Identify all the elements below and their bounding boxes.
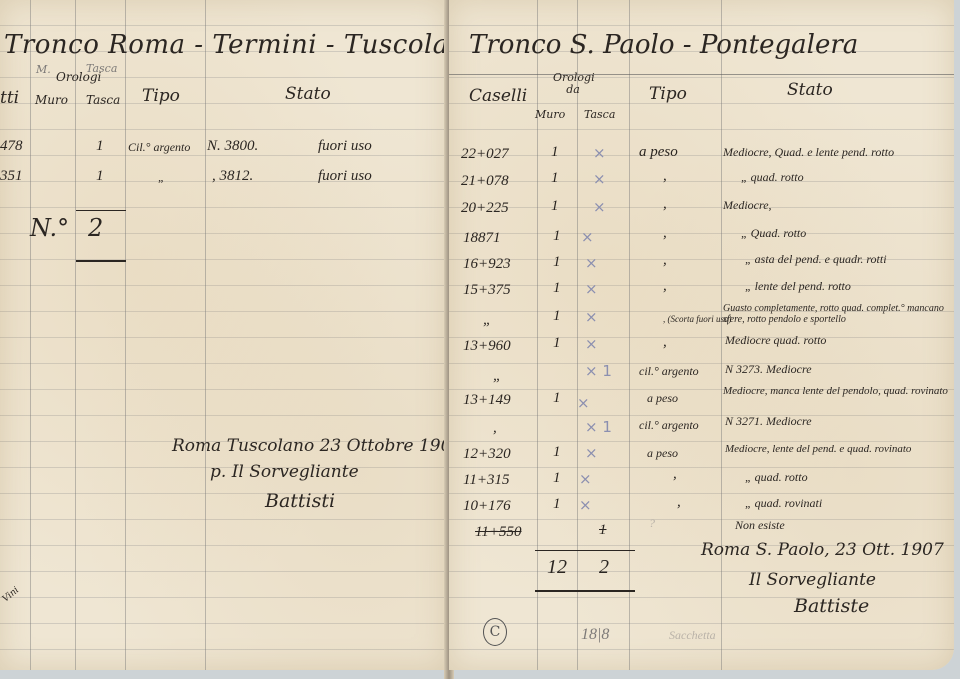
grid-line (30, 0, 31, 670)
muro-cell: 1 (553, 335, 561, 352)
total-tasca: 2 (599, 556, 609, 579)
muro-cell: 1 (553, 444, 561, 461)
orologi-header: Orologi (56, 70, 101, 84)
caselli-cell: 351 (0, 168, 23, 185)
stato-header: Stato (787, 80, 833, 100)
grid-line (721, 0, 722, 670)
grid-line (537, 0, 538, 670)
muro-cell: 1 (553, 470, 561, 487)
muro-cell: 1 (551, 170, 559, 187)
tasca-mark: × (581, 228, 594, 246)
margin-note: Vini (1, 585, 21, 604)
muro-cell: 1 (553, 390, 561, 407)
tasca-mark: × 1 (585, 362, 612, 380)
muro-cell: 1 (553, 228, 561, 245)
tasca-cell: 1 (599, 522, 607, 539)
tipo-cell: „ (158, 170, 165, 185)
number-label: N.° (30, 214, 69, 242)
caselli-cell: „ (483, 312, 491, 329)
tasca-mark: × (579, 470, 592, 488)
stato-cell: „ quad. rovinati (745, 496, 822, 511)
tasca-mark: × (585, 254, 598, 272)
caselli-cell: 20+225 (461, 200, 509, 217)
tasca-mark: × (585, 444, 598, 462)
tipo-header: Tipo (649, 84, 687, 104)
grid-line (75, 0, 76, 670)
totals-bottom-rule (535, 590, 635, 592)
tasca-mark: × (585, 280, 598, 298)
numero-cell: , 3812. (212, 168, 253, 185)
header-rule (449, 74, 954, 75)
tasca-mark: × (579, 496, 592, 514)
stato-cell: Mediocre quad. rotto (725, 333, 826, 348)
muro-note: M. (36, 63, 51, 76)
muro-header: Muro (535, 108, 565, 121)
caselli-header: Caselli (469, 86, 527, 106)
tipo-cell: cil.° argento (639, 364, 699, 379)
stato-cell: „ lente del pend. rotto (745, 279, 851, 294)
stato-cell: Mediocre, lente del pend. e quad. rovina… (725, 443, 911, 455)
tasca-header: Tasca (86, 93, 120, 107)
stato-cell: N 3271. Mediocre (725, 414, 812, 429)
stato-cell: fuori uso (318, 168, 372, 185)
tasca-mark: × (585, 335, 598, 353)
left-page: Tronco Roma - Termini - Tuscolana M. Tas… (0, 0, 447, 670)
tasca-mark: × (593, 144, 606, 162)
caselli-cell: 11+550 (475, 524, 522, 541)
total-muro: 12 (547, 556, 567, 579)
pencil-note: Sacchetta (669, 628, 716, 643)
caselli-header-partial: tti (0, 88, 19, 108)
tipo-cell: , (663, 334, 667, 351)
numero-cell: N. 3800. (207, 138, 258, 155)
stato-cell: „ quad. rotto (745, 470, 808, 485)
signature-name: Battisti (265, 490, 335, 512)
tipo-cell: , (663, 252, 667, 269)
tipo-cell: a peso (639, 144, 678, 161)
muro-cell: 1 (96, 168, 104, 185)
muro-cell: 1 (553, 280, 561, 297)
tipo-cell: a peso (647, 446, 678, 461)
tasca-mark: × (585, 308, 598, 326)
stato-cell: Mediocre, (723, 198, 772, 213)
caselli-cell: 22+027 (461, 146, 509, 163)
tipo-cell: Cil.° argento (128, 140, 190, 155)
signature-place-date: Roma S. Paolo, 23 Ott. 1907 (701, 540, 944, 560)
muro-cell: 1 (551, 144, 559, 161)
tasca-mark: × (593, 170, 606, 188)
caselli-cell: 15+375 (463, 282, 511, 299)
stato-cell: Mediocre, Quad. e lente pend. rotto (723, 145, 894, 160)
muro-cell: 1 (553, 308, 561, 325)
caselli-cell: 13+149 (463, 392, 511, 409)
stato-cell: fuori uso (318, 138, 372, 155)
muro-cell: 1 (553, 254, 561, 271)
caselli-cell: 11+315 (463, 472, 510, 489)
muro-cell: 1 (553, 496, 561, 513)
muro-header: Muro (35, 93, 68, 107)
caselli-cell: 10+176 (463, 498, 511, 515)
muro-cell: 1 (551, 198, 559, 215)
signature-place-date: Roma Tuscolano 23 Ottobre 1907 (172, 436, 462, 456)
number-underline (76, 260, 126, 262)
totals-top-rule (535, 550, 635, 551)
tasca-header: Tasca (584, 108, 615, 121)
signature-role: Il Sorvegliante (749, 570, 876, 590)
tipo-cell: , (677, 494, 681, 511)
stato-cell: Guasto completamente, rotto quad. comple… (723, 303, 949, 325)
caselli-cell: 16+923 (463, 256, 511, 273)
tasca-mark: × (577, 394, 590, 412)
tipo-cell: , (673, 466, 677, 483)
number-box-rule (76, 210, 126, 211)
tasca-mark: × 1 (585, 418, 612, 436)
grid-line (205, 0, 206, 670)
right-title-prefix: Tronco S. Paolo - Pontegalera (469, 30, 858, 60)
muro-cell: 1 (96, 138, 104, 155)
number-value: 2 (88, 214, 103, 242)
orologi-header: Orologi da (553, 72, 593, 96)
signature-name: Battiste (794, 595, 869, 617)
caselli-cell: 18871 (463, 230, 501, 247)
tipo-cell: a peso (647, 391, 678, 406)
caselli-cell: „ (493, 368, 501, 385)
left-page-title: Tronco Roma - Termini - Tuscolana (4, 30, 482, 60)
stato-cell: „ asta del pend. e quadr. rotti (745, 252, 887, 267)
caselli-cell: , (493, 420, 497, 437)
tipo-cell: cil.° argento (639, 418, 699, 433)
grid-line (629, 0, 630, 670)
right-page: Tronco S. Paolo - Pontegalera Caselli Or… (449, 0, 954, 670)
grid-line (125, 0, 126, 670)
stato-cell: N 3273. Mediocre (725, 362, 812, 377)
stato-cell: „ Quad. rotto (741, 226, 806, 241)
stato-cell: Non esiste (735, 518, 785, 533)
footer-fraction: 18|8 (581, 626, 609, 644)
tipo-cell: , (663, 168, 667, 185)
caselli-cell: 12+320 (463, 446, 511, 463)
tipo-cell: ? (649, 516, 655, 531)
circled-mark: C (483, 618, 507, 646)
stato-cell: „ quad. rotto (741, 170, 804, 185)
signature-role: p. Il Sorvegliante (210, 462, 359, 482)
tasca-mark: × (593, 198, 606, 216)
caselli-cell: 478 (0, 138, 23, 155)
stato-header: Stato (285, 84, 331, 104)
tipo-cell: , (663, 278, 667, 295)
stato-cell: Mediocre, manca lente del pendolo, quad.… (723, 385, 953, 397)
caselli-cell: 13+960 (463, 338, 511, 355)
tipo-cell: , (Scorta fuori uso) (663, 314, 732, 324)
right-page-title: Tronco S. Paolo - Pontegalera (469, 30, 858, 60)
tipo-cell: , (663, 225, 667, 242)
caselli-cell: 21+078 (461, 173, 509, 190)
grid-line (577, 0, 578, 670)
tipo-header: Tipo (142, 86, 180, 106)
tipo-cell: , (663, 196, 667, 213)
